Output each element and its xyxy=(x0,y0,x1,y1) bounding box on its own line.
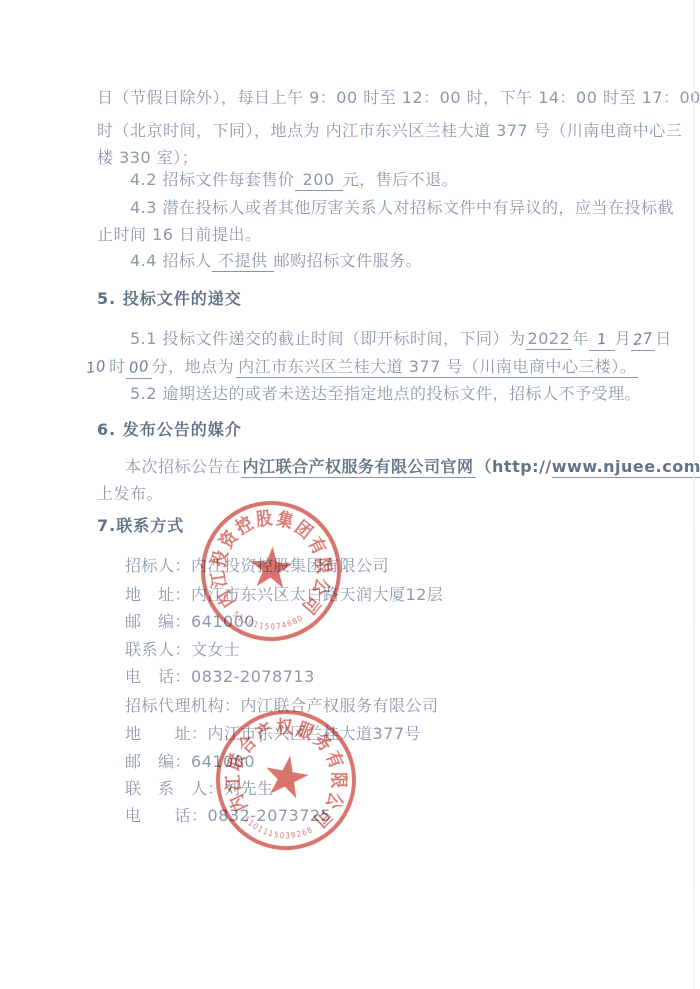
clause-4-1-line-1: 日（节假日除外），每日上午 9：00 时至 12：00 时，下午 14：00 时… xyxy=(97,88,700,108)
clause-4-1-line-3: 楼 330 室）； xyxy=(97,148,198,168)
clause-4-2: 4.2 招标文件每套售价200元，售后不退。 xyxy=(130,170,458,190)
clause-4-4-fill: 不提供 xyxy=(212,251,274,272)
clause-5-1-line-2: 10时00分，地点为内江市东兴区兰桂大道 377 号（川南电商中心三楼）。 xyxy=(86,357,638,379)
seal-star-icon: ★ xyxy=(257,746,316,810)
announcement-pre: 本次招标公告在 xyxy=(125,457,241,476)
clause-4-4: 4.4 招标人不提供邮购招标文件服务。 xyxy=(130,251,422,271)
contact-tenderer-phone: 电 话：0832-2078713 xyxy=(125,667,315,687)
contact-label: 地 址： xyxy=(125,585,191,604)
handwritten-month: 1 xyxy=(596,328,608,349)
contact-value: 文女士 xyxy=(191,640,241,659)
contact-label: 电 话： xyxy=(125,806,208,825)
contact-label: 电 话： xyxy=(125,667,191,686)
handwritten-hour: 10 xyxy=(85,356,107,378)
deadline-day-blank: 27 xyxy=(631,329,655,351)
clause-5-2: 5.2 逾期送达的或者未送达至指定地点的投标文件，招标人不予受理。 xyxy=(130,384,641,404)
contact-label: 邮 编： xyxy=(125,612,191,631)
announcement-url: www.njuee.com/ xyxy=(552,457,700,478)
deadline-month-blank: 1 xyxy=(589,329,615,351)
handwritten-day: 27 xyxy=(632,328,654,350)
deadline-minute-blank: 00 xyxy=(126,357,152,379)
clause-4-4-text: 4.4 招标人 xyxy=(130,251,212,270)
clause-5-1-text: 5.1 投标文件递交的截止时间（即开标时间，下同）为 xyxy=(130,329,526,348)
contact-label: 招标代理机构： xyxy=(125,696,241,715)
year-suffix: 年 xyxy=(572,329,589,348)
clause-4-3-line-2: 止时间 16 日前提出。 xyxy=(97,225,262,245)
handwritten-minute: 00 xyxy=(127,356,149,378)
announcement-url-prefix: （http:// xyxy=(476,457,552,476)
section-7-heading: 7.联系方式 xyxy=(97,516,184,536)
scanned-tender-document-page: 日（节假日除外），每日上午 9：00 时至 12：00 时，下午 14：00 时… xyxy=(0,0,700,989)
announcement-media-line: 本次招标公告在内江联合产权服务有限公司官网（http://www.njuee.c… xyxy=(125,457,700,477)
contact-value: 0832-2078713 xyxy=(191,667,315,686)
official-seal-tenderer: 内江投资控股集团有限公司 5110115074680 ★ xyxy=(196,496,345,645)
scan-edge-artifact xyxy=(693,0,695,989)
submission-place: 内江市东兴区兰桂大道 377 号（川南电商中心三楼）。 xyxy=(236,357,638,378)
deadline-year: 2022 xyxy=(526,329,573,350)
clause-4-3-line-1: 4.3 潜在投标人或者其他厉害关系人对招标文件中有异议的，应当在投标截 xyxy=(130,198,674,218)
contact-label: 邮 编： xyxy=(125,752,191,771)
contact-label: 联系人： xyxy=(125,640,191,659)
day-suffix: 日 xyxy=(655,329,672,348)
minute-suffix: 分，地点为 xyxy=(152,357,235,376)
announcement-website-name: 内江联合产权服务有限公司官网 xyxy=(241,457,476,478)
clause-4-4-tail: 邮购招标文件服务。 xyxy=(274,251,423,270)
clause-4-2-price-fill: 200 xyxy=(295,170,343,191)
section-6-heading: 6. 发布公告的媒介 xyxy=(97,420,242,440)
clause-4-2-text: 4.2 招标文件每套售价 xyxy=(130,170,295,189)
month-suffix: 月 xyxy=(615,329,632,348)
contact-label: 地 址： xyxy=(125,724,208,743)
hour-suffix: 时 xyxy=(109,357,126,376)
seal-star-icon: ★ xyxy=(244,539,298,598)
contact-label: 联 系 人： xyxy=(125,779,224,798)
contact-label: 招标人： xyxy=(125,556,191,575)
clause-5-1-line-1: 5.1 投标文件递交的截止时间（即开标时间，下同）为2022年1月27日 xyxy=(130,329,672,351)
section-5-heading: 5. 投标文件的递交 xyxy=(97,289,242,309)
clause-4-2-tail: 元，售后不退。 xyxy=(343,170,459,189)
announcement-media-cont: 上发布。 xyxy=(97,484,163,504)
official-seal-agency: 内江联合产权服务有限公司 5101115039268 ★ xyxy=(205,699,367,861)
clause-4-1-line-2: 时（北京时间，下同），地点为 内江市东兴区兰桂大道 377 号（川南电商中心三 xyxy=(97,121,682,141)
contact-tenderer-person: 联系人：文女士 xyxy=(125,640,241,660)
